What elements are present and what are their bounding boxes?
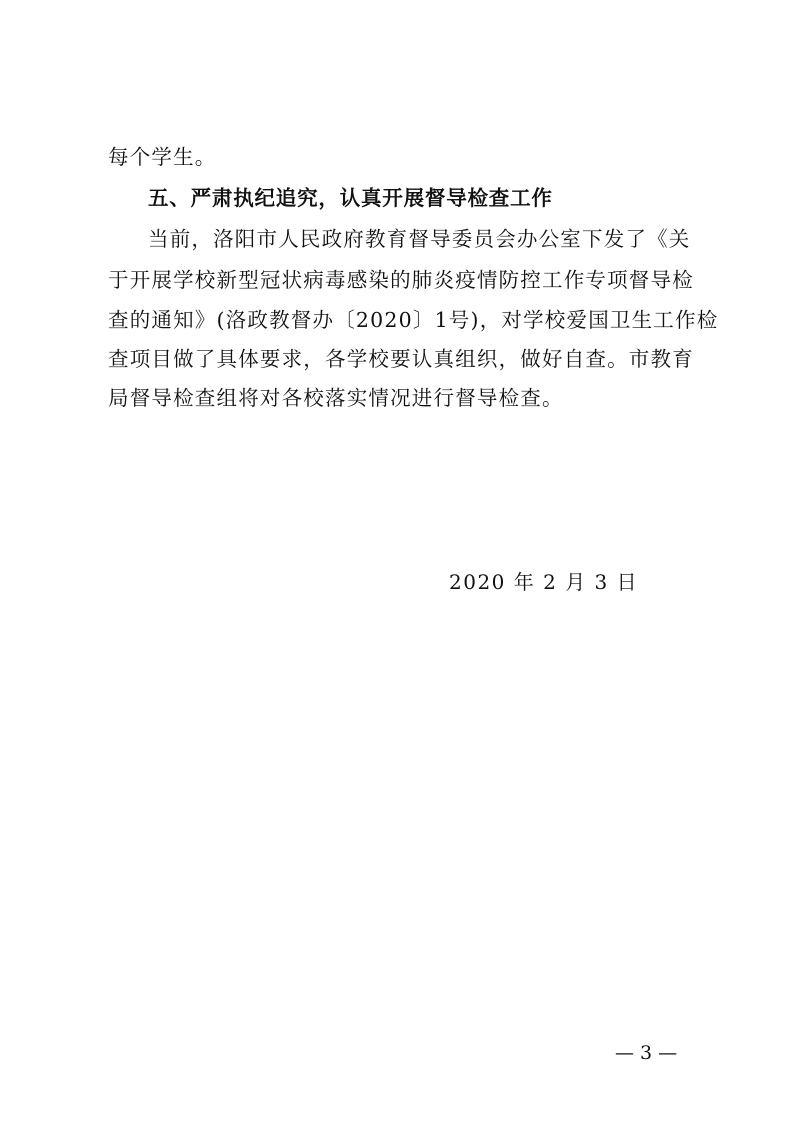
paragraph-line: 局督导检查组将对各校落实情况进行督导检查。 <box>108 384 688 412</box>
paragraph-line: 查项目做了具体要求，各学校要认真组织，做好自查。市教育 <box>108 345 688 373</box>
document-page: 每个学生。 五、严肃执纪追究，认真开展督导检查工作 当前，洛阳市人民政府教育督导… <box>0 0 794 1123</box>
paragraph-line: 查的通知》(洛政教督办〔2020〕1号)，对学校爱国卫生工作检 <box>108 306 688 334</box>
paragraph-tail-line: 每个学生。 <box>108 143 688 171</box>
document-date: 2020 年 2 月 3 日 <box>449 568 638 596</box>
paragraph-line: 当前，洛阳市人民政府教育督导委员会办公室下发了《关 <box>148 225 728 253</box>
section-heading: 五、严肃执纪追究，认真开展督导检查工作 <box>148 184 728 212</box>
paragraph-line: 于开展学校新型冠状病毒感染的肺炎疫情防控工作专项督导检 <box>108 266 688 294</box>
page-number: — 3 — <box>615 1039 677 1067</box>
